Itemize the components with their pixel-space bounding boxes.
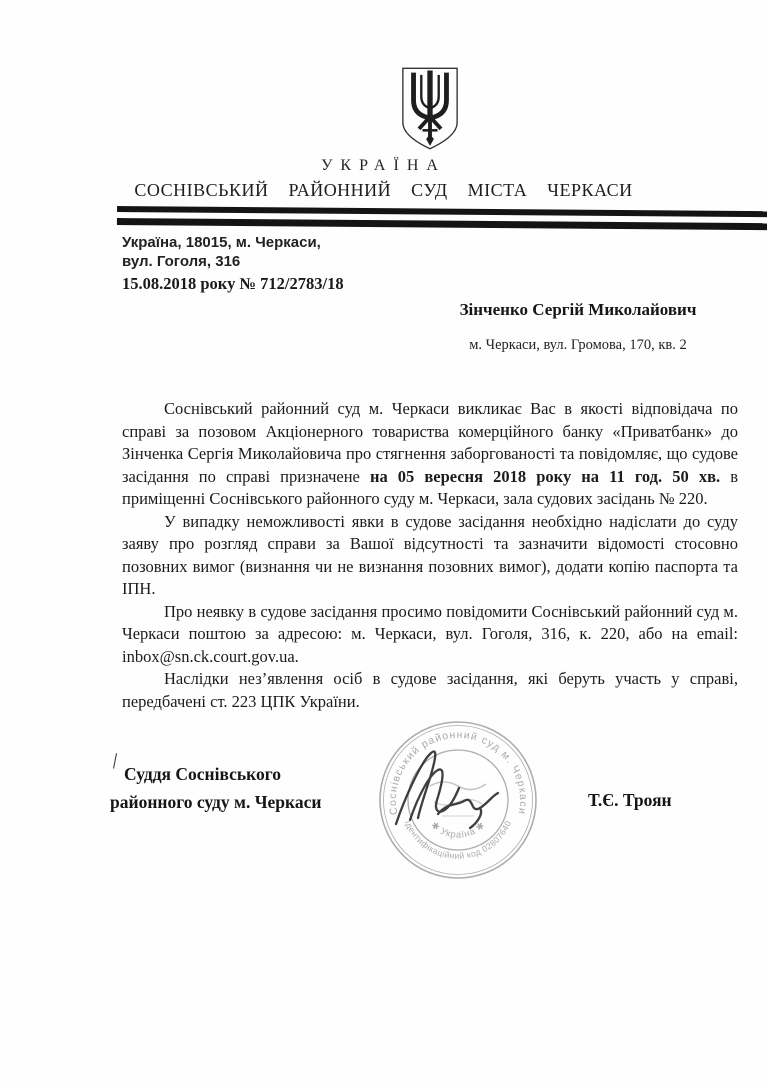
addressee-block: Зінченко Сергій Миколайович м. Черкаси, … bbox=[400, 300, 756, 354]
addressee-address: м. Черкаси, вул. Громова, 170, кв. 2 bbox=[400, 337, 756, 354]
judge-title-line1: Суддя Соснівського bbox=[110, 760, 400, 788]
hearing-datetime: на 05 вересня 2018 року на 11 год. 50 хв… bbox=[370, 467, 720, 486]
paragraph-summons: Соснівський районний суд м. Черкаси викл… bbox=[122, 398, 738, 511]
addressee-name: Зінченко Сергій Миколайович bbox=[400, 300, 756, 320]
judge-name: Т.Є. Троян bbox=[588, 790, 672, 811]
paragraph-absence-instructions: У випадку неможливості явки в судове зас… bbox=[122, 511, 738, 601]
judge-handwritten-signature bbox=[380, 730, 530, 842]
paragraph-consequences: Наслідки нез’явлення осіб в судове засід… bbox=[122, 668, 738, 713]
scanned-court-letter: УКРАЇНА СОСНІВСЬКИЙ РАЙОННИЙ СУД МІСТА Ч… bbox=[0, 0, 767, 1084]
court-name-heading: СОСНІВСЬКИЙ РАЙОННИЙ СУД МІСТА ЧЕРКАСИ bbox=[0, 180, 767, 201]
letter-body: Соснівський районний суд м. Черкаси викл… bbox=[122, 398, 738, 713]
country-heading: УКРАЇНА bbox=[0, 157, 767, 175]
sender-address-line2: вул. Гоголя, 316 bbox=[122, 253, 344, 272]
coat-of-arms-trident-icon bbox=[399, 66, 461, 152]
sender-address-block: Україна, 18015, м. Черкаси, вул. Гоголя,… bbox=[122, 234, 344, 294]
header-divider bbox=[117, 206, 767, 230]
letter-date-and-case-number: 15.08.2018 року № 712/2783/18 bbox=[122, 274, 344, 294]
paragraph-notify-court: Про неявку в судове засідання просимо по… bbox=[122, 601, 738, 669]
sender-address-line1: Україна, 18015, м. Черкаси, bbox=[122, 234, 344, 253]
judge-title-line2: районного суду м. Черкаси bbox=[110, 788, 400, 816]
judge-title-block: Суддя Соснівського районного суду м. Чер… bbox=[110, 760, 400, 816]
